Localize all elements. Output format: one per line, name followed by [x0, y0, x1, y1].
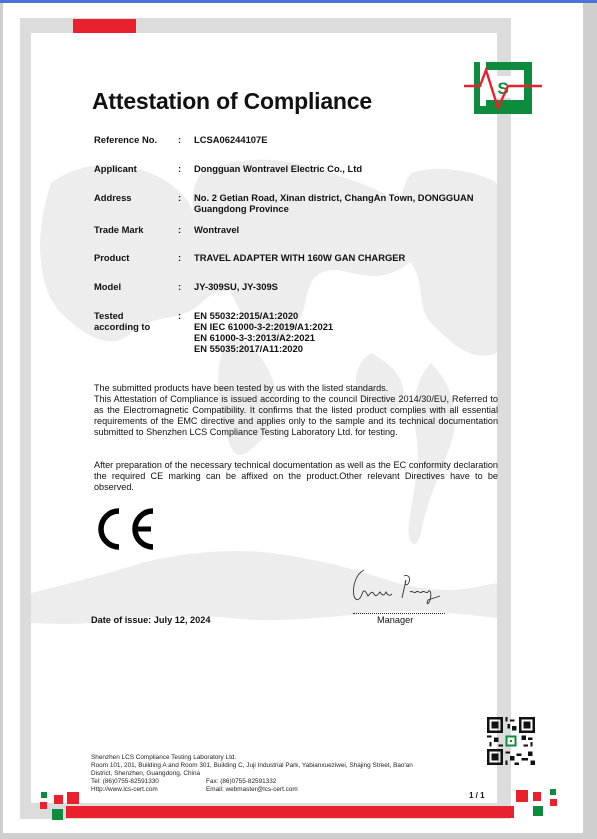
field-label: Tested according to	[94, 310, 174, 332]
date-of-issue: Date of issue: July 12, 2024	[91, 615, 211, 625]
footer-tel: Tel: (86)0755-82591330	[91, 778, 159, 785]
footer-lab-info: Shenzhen LCS Compliance Testing Laborato…	[91, 754, 413, 794]
paragraph-tested: The submitted products have been tested …	[94, 383, 498, 394]
qr-code-icon	[487, 717, 535, 765]
paragraph-directive: This Attestation of Compliance is issued…	[94, 394, 498, 438]
field-label: Model	[94, 281, 174, 292]
field-value: Dongguan Wontravel Electric Co., Ltd	[194, 163, 524, 174]
footer-fax: Fax: (86)0755-82591332	[206, 778, 276, 786]
field-label: Reference No.	[94, 134, 174, 145]
decor-square-red	[40, 802, 47, 809]
field-label: Applicant	[94, 163, 174, 174]
red-accent-tab	[73, 19, 136, 34]
decor-square-red	[550, 799, 557, 806]
footer-web-link[interactable]: Http://www.lcs-cert.com	[91, 786, 158, 793]
decor-square-red	[533, 792, 541, 801]
field-value: TRAVEL ADAPTER WITH 160W GAN CHARGER	[194, 252, 524, 263]
decor-square-red	[516, 790, 528, 802]
signatory-title: Manager	[377, 615, 413, 625]
standard-item: EN IEC 61000-3-2:2019/A1:2021	[194, 321, 333, 332]
decor-square-green	[52, 809, 63, 820]
footer-address-2: District, Shenzhen, Guangdong, China	[91, 770, 413, 778]
decor-square-green	[41, 792, 47, 798]
decor-red-bar	[66, 806, 514, 818]
document-page: Attestation of Compliance S Reference No…	[3, 3, 583, 833]
field-label: Product	[94, 252, 174, 263]
footer-email-link[interactable]: Email: webmaster@lcs-cert.com	[206, 786, 298, 794]
signature-line	[353, 613, 445, 614]
field-value: Wontravel	[194, 224, 524, 235]
decor-square-green	[550, 789, 556, 795]
lcs-logo-icon: S	[464, 60, 542, 116]
standard-item: EN 55032:2015/A1:2020	[194, 310, 298, 321]
field-value: LCSA06244107E	[194, 134, 524, 145]
standard-item: EN 61000-3-3:2013/A2:2021	[194, 332, 315, 343]
field-label: Address	[94, 192, 174, 203]
footer-company: Shenzhen LCS Compliance Testing Laborato…	[91, 754, 413, 762]
standard-item: EN 55035:2017/A11:2020	[194, 343, 303, 354]
page-number: 1 / 1	[469, 791, 485, 800]
ce-mark-icon	[91, 505, 159, 553]
footer-address-1: Room 101, 201, Building A and Room 301, …	[91, 762, 413, 770]
field-value: No. 2 Getian Road, Xinan district, Chang…	[194, 192, 524, 214]
page-title: Attestation of Compliance	[92, 88, 372, 115]
field-label: Trade Mark	[94, 224, 174, 235]
signature-icon	[346, 566, 456, 608]
standards-list: EN 55032:2015/A1:2020 EN IEC 61000-3-2:2…	[194, 310, 524, 354]
decor-square-red	[54, 795, 63, 804]
decor-square-red	[67, 792, 79, 804]
field-value: JY-309SU, JY-309S	[194, 281, 524, 292]
paragraph-ce-marking: After preparation of the necessary techn…	[94, 460, 498, 493]
decor-square-green	[533, 806, 543, 816]
